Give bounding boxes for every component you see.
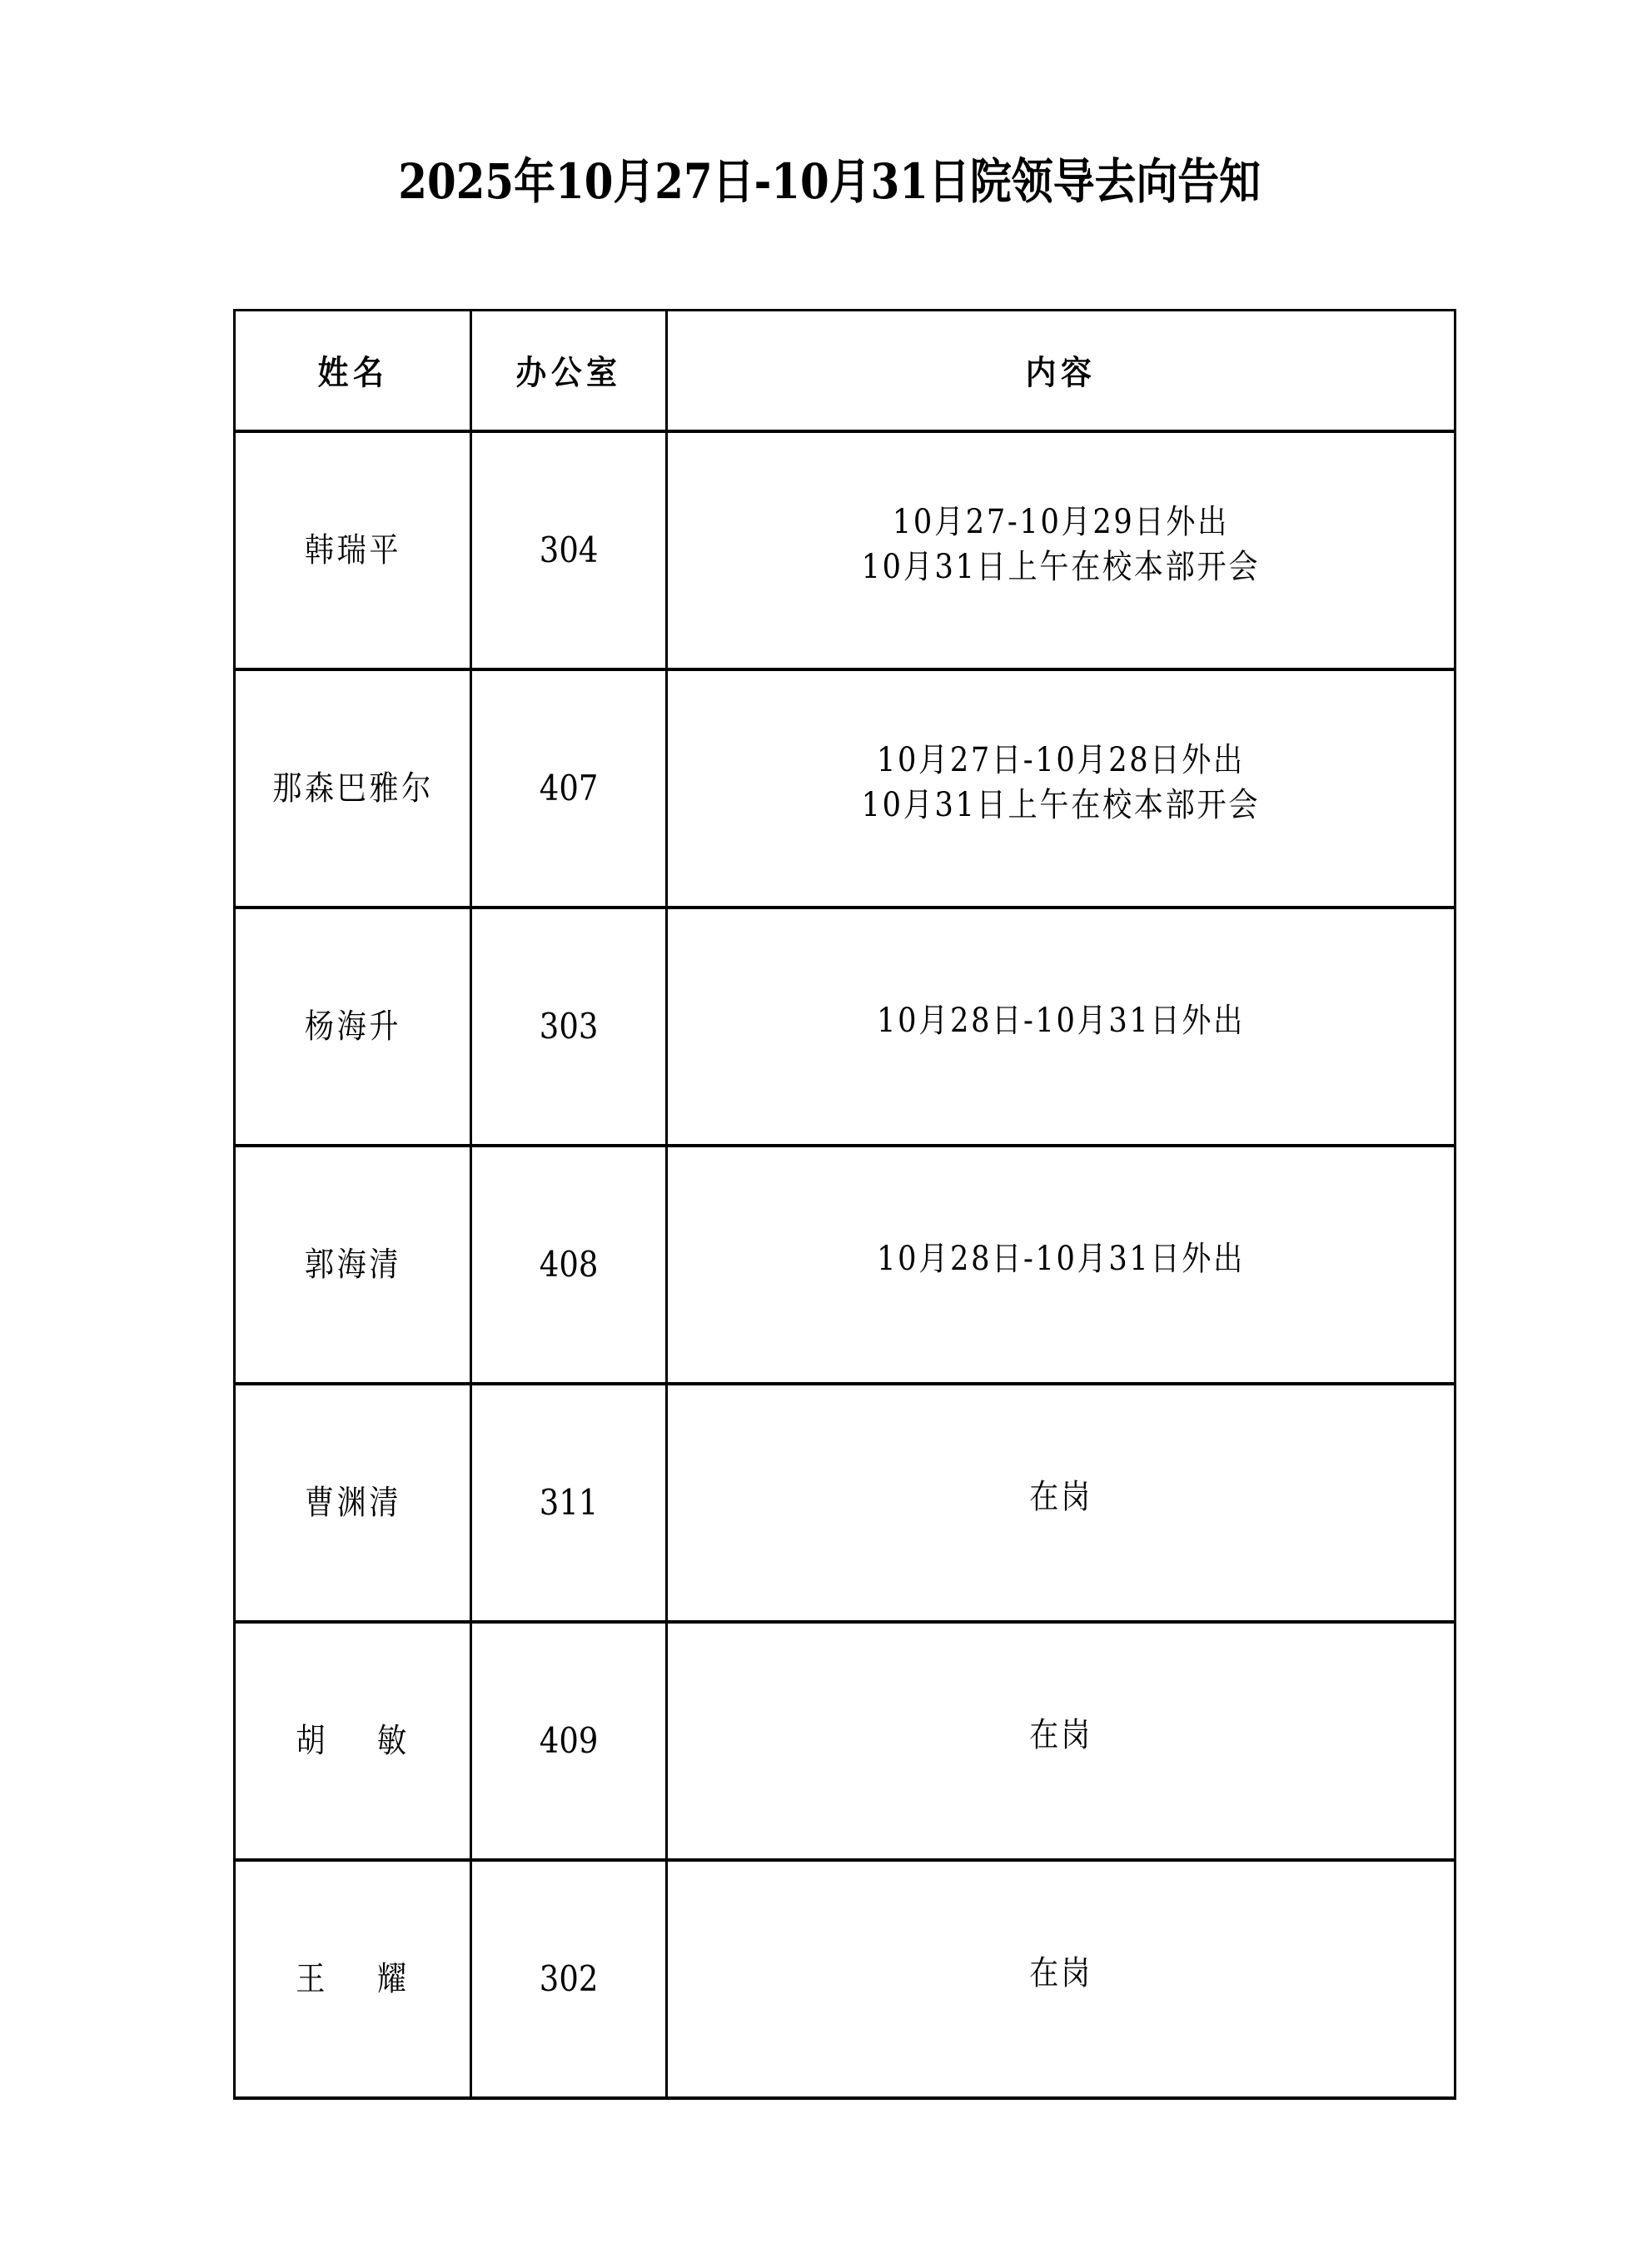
name-cell: 韩瑞平	[235, 431, 471, 669]
name-cell: 那森巴雅尔	[235, 669, 471, 908]
office-cell: 304	[471, 431, 667, 669]
content-line: 10月27日-10月28日外出	[862, 735, 1261, 785]
table-row: 杨海升 303 10月28日-10月31日外出	[235, 908, 1455, 1146]
content-line: 在岗	[1029, 1472, 1092, 1522]
name-cell: 胡 敏	[235, 1622, 471, 1860]
name-cell: 曹渊清	[235, 1384, 471, 1622]
content-cell: 10月28日-10月31日外出	[667, 908, 1455, 1146]
leader-whereabouts-table: 姓名 办公室 内容 韩瑞平 304 10月27-10月29日外出 10月31日上…	[233, 309, 1456, 2100]
name-cell: 郭海清	[235, 1146, 471, 1384]
content-line: 10月31日上午在校本部开会	[862, 542, 1261, 592]
name-cell: 杨海升	[235, 908, 471, 1146]
content-line: 10月28日-10月31日外出	[877, 1234, 1245, 1284]
table-row: 胡 敏 409 在岗	[235, 1622, 1455, 1860]
table-row: 郭海清 408 10月28日-10月31日外出	[235, 1146, 1455, 1384]
content-line: 10月27-10月29日外出	[862, 497, 1261, 547]
column-header-content: 内容	[667, 311, 1455, 431]
page-title: 2025年10月27日-10月31日院领导去向告知	[398, 148, 1261, 215]
name-cell: 王 耀	[235, 1860, 471, 2098]
office-cell: 303	[471, 908, 667, 1146]
table-row: 曹渊清 311 在岗	[235, 1384, 1455, 1622]
content-cell: 10月27日-10月28日外出 10月31日上午在校本部开会	[667, 669, 1455, 908]
table-row: 韩瑞平 304 10月27-10月29日外出 10月31日上午在校本部开会	[235, 431, 1455, 669]
table-header-row: 姓名 办公室 内容	[235, 311, 1455, 431]
content-line: 在岗	[1029, 1948, 1092, 1998]
content-line: 10月31日上午在校本部开会	[862, 780, 1261, 830]
content-line: 10月28日-10月31日外出	[877, 996, 1245, 1046]
office-cell: 409	[471, 1622, 667, 1860]
content-cell: 10月27-10月29日外出 10月31日上午在校本部开会	[667, 431, 1455, 669]
content-cell: 在岗	[667, 1860, 1455, 2098]
content-cell: 在岗	[667, 1622, 1455, 1860]
office-cell: 407	[471, 669, 667, 908]
table-row: 王 耀 302 在岗	[235, 1860, 1455, 2098]
column-header-office: 办公室	[471, 311, 667, 431]
table-row: 那森巴雅尔 407 10月27日-10月28日外出 10月31日上午在校本部开会	[235, 669, 1455, 908]
office-cell: 408	[471, 1146, 667, 1384]
content-line: 在岗	[1029, 1710, 1092, 1760]
content-cell: 10月28日-10月31日外出	[667, 1146, 1455, 1384]
content-cell: 在岗	[667, 1384, 1455, 1622]
office-cell: 311	[471, 1384, 667, 1622]
office-cell: 302	[471, 1860, 667, 2098]
page-title-container: 2025年10月27日-10月31日院领导去向告知	[0, 148, 1652, 215]
column-header-name: 姓名	[235, 311, 471, 431]
